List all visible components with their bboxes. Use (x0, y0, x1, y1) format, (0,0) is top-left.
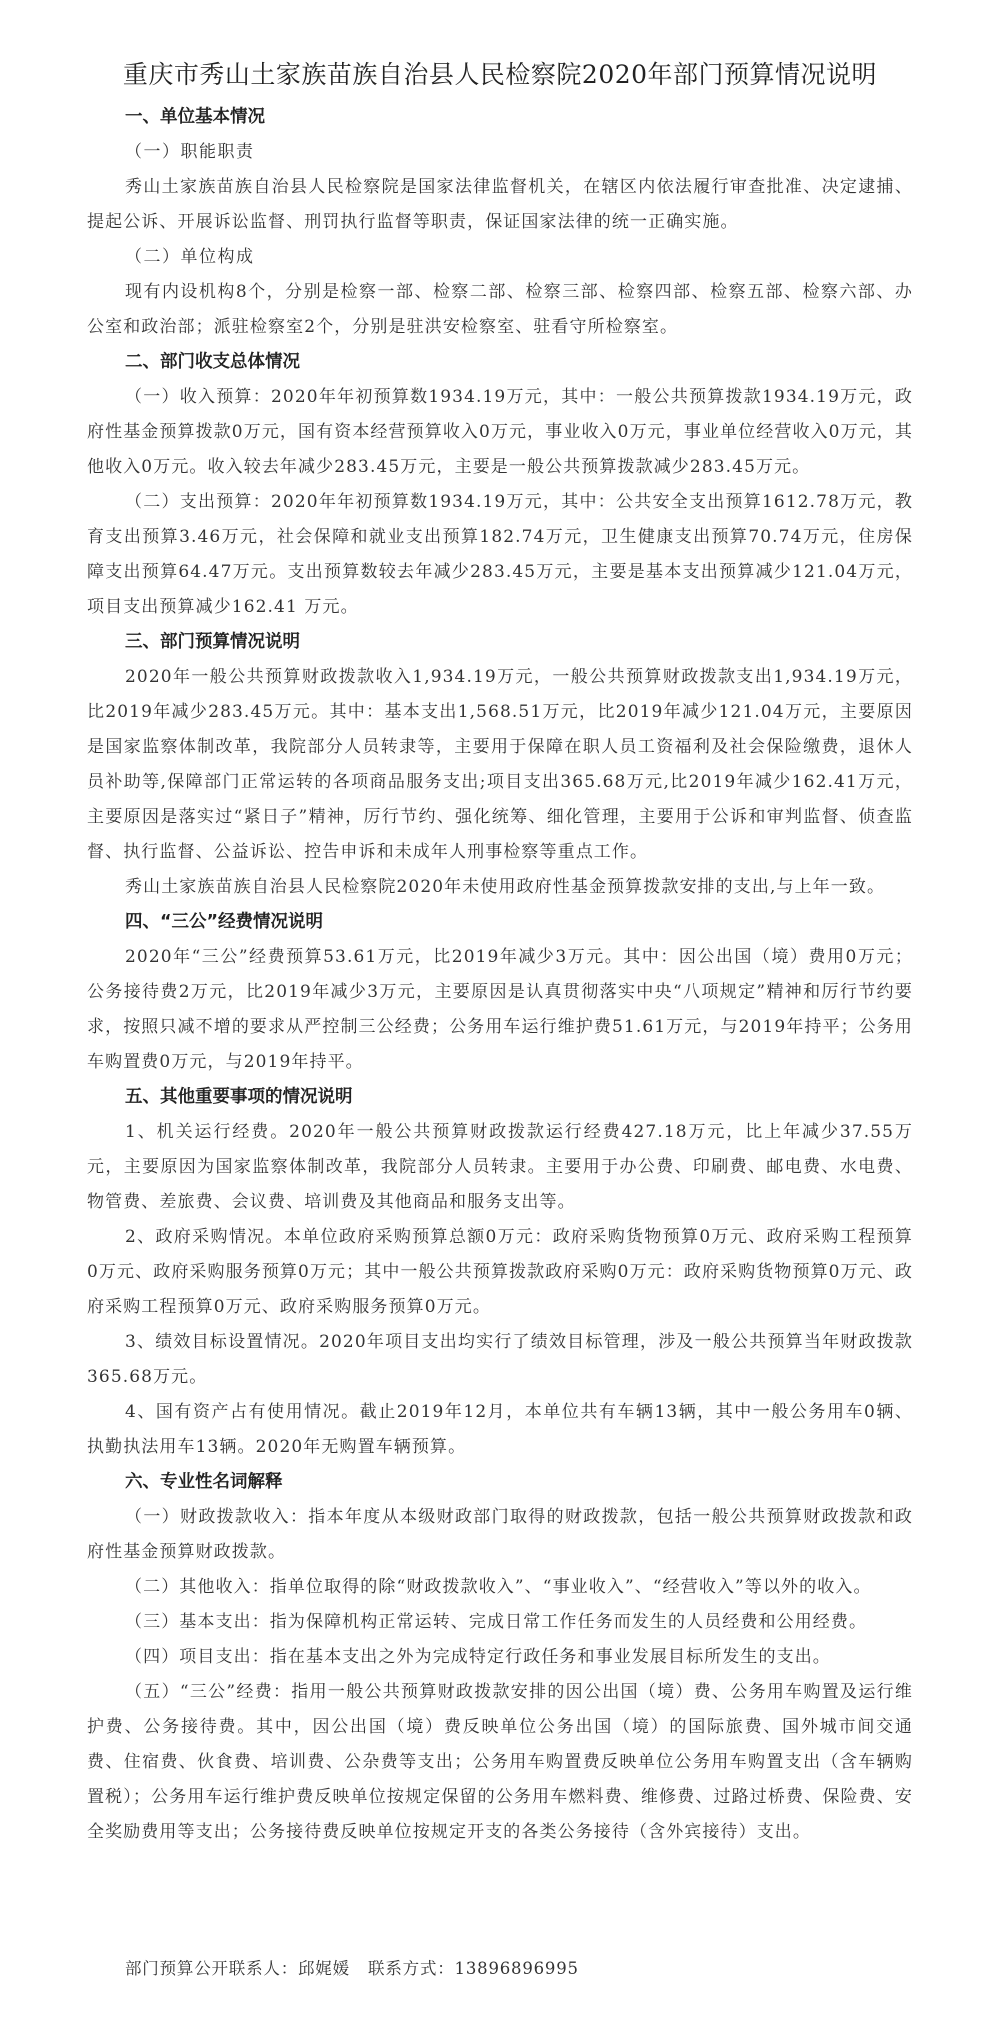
paragraph: （一）收入预算：2020年年初预算数1934.19万元，其中：一般公共预算拨款1… (87, 380, 913, 485)
paragraph: 2、政府采购情况。本单位政府采购预算总额0万元：政府采购货物预算0万元、政府采购… (87, 1220, 913, 1325)
section-4: 四、“三公”经费情况说明 2020年“三公”经费预算53.61万元，比2019年… (87, 905, 913, 1080)
section-2: 二、部门收支总体情况 （一）收入预算：2020年年初预算数1934.19万元，其… (87, 345, 913, 625)
phone-number: 13896896995 (455, 1959, 579, 1978)
subheading: （二）单位构成 (87, 240, 913, 275)
phone-label: 联系方式： (368, 1959, 455, 1978)
paragraph: 4、国有资产占有使用情况。截止2019年12月，本单位共有车辆13辆，其中一般公… (87, 1395, 913, 1465)
contact-label: 部门预算公开联系人： (125, 1959, 298, 1978)
paragraph: （二）支出预算：2020年年初预算数1934.19万元，其中：公共安全支出预算1… (87, 485, 913, 625)
paragraph: （一）财政拨款收入：指本年度从本级财政部门取得的财政拨款，包括一般公共预算财政拨… (87, 1500, 913, 1570)
contact-name: 邱娓媛 (298, 1959, 350, 1978)
paragraph: 1、机关运行经费。2020年一般公共预算财政拨款运行经费427.18万元，比上年… (87, 1115, 913, 1220)
paragraph: （四）项目支出：指在基本支出之外为完成特定行政任务和事业发展目标所发生的支出。 (87, 1640, 913, 1675)
contact-line: 部门预算公开联系人：邱娓媛 联系方式：13896896995 (125, 1955, 579, 1979)
paragraph: （五）“三公”经费：指用一般公共预算财政拨款安排的因公出国（境）费、公务用车购置… (87, 1675, 913, 1850)
paragraph: 现有内设机构8个，分别是检察一部、检察二部、检察三部、检察四部、检察五部、检察六… (87, 275, 913, 345)
document-title: 重庆市秀山土家族苗族自治县人民检察院2020年部门预算情况说明 (0, 55, 1000, 91)
section-heading: 三、部门预算情况说明 (87, 625, 913, 660)
document-body: 一、单位基本情况 （一）职能职责 秀山土家族苗族自治县人民检察院是国家法律监督机… (87, 100, 913, 1850)
paragraph: 2020年一般公共预算财政拨款收入1,934.19万元，一般公共预算财政拨款支出… (87, 660, 913, 870)
section-heading: 六、专业性名词解释 (87, 1465, 913, 1500)
paragraph: 秀山土家族苗族自治县人民检察院2020年未使用政府性基金预算拨款安排的支出,与上… (87, 870, 913, 905)
section-3: 三、部门预算情况说明 2020年一般公共预算财政拨款收入1,934.19万元，一… (87, 625, 913, 905)
paragraph: 秀山土家族苗族自治县人民检察院是国家法律监督机关，在辖区内依法履行审查批准、决定… (87, 170, 913, 240)
section-1: 一、单位基本情况 （一）职能职责 秀山土家族苗族自治县人民检察院是国家法律监督机… (87, 100, 913, 345)
subheading: （一）职能职责 (87, 135, 913, 170)
section-6: 六、专业性名词解释 （一）财政拨款收入：指本年度从本级财政部门取得的财政拨款，包… (87, 1465, 913, 1850)
section-heading: 一、单位基本情况 (87, 100, 913, 135)
section-heading: 五、其他重要事项的情况说明 (87, 1080, 913, 1115)
section-heading: 四、“三公”经费情况说明 (87, 905, 913, 940)
paragraph: 3、绩效目标设置情况。2020年项目支出均实行了绩效目标管理，涉及一般公共预算当… (87, 1325, 913, 1395)
section-5: 五、其他重要事项的情况说明 1、机关运行经费。2020年一般公共预算财政拨款运行… (87, 1080, 913, 1465)
paragraph: 2020年“三公”经费预算53.61万元，比2019年减少3万元。其中：因公出国… (87, 940, 913, 1080)
paragraph: （二）其他收入：指单位取得的除“财政拨款收入”、“事业收入”、“经营收入”等以外… (87, 1570, 913, 1605)
paragraph: （三）基本支出：指为保障机构正常运转、完成日常工作任务而发生的人员经费和公用经费… (87, 1605, 913, 1640)
section-heading: 二、部门收支总体情况 (87, 345, 913, 380)
